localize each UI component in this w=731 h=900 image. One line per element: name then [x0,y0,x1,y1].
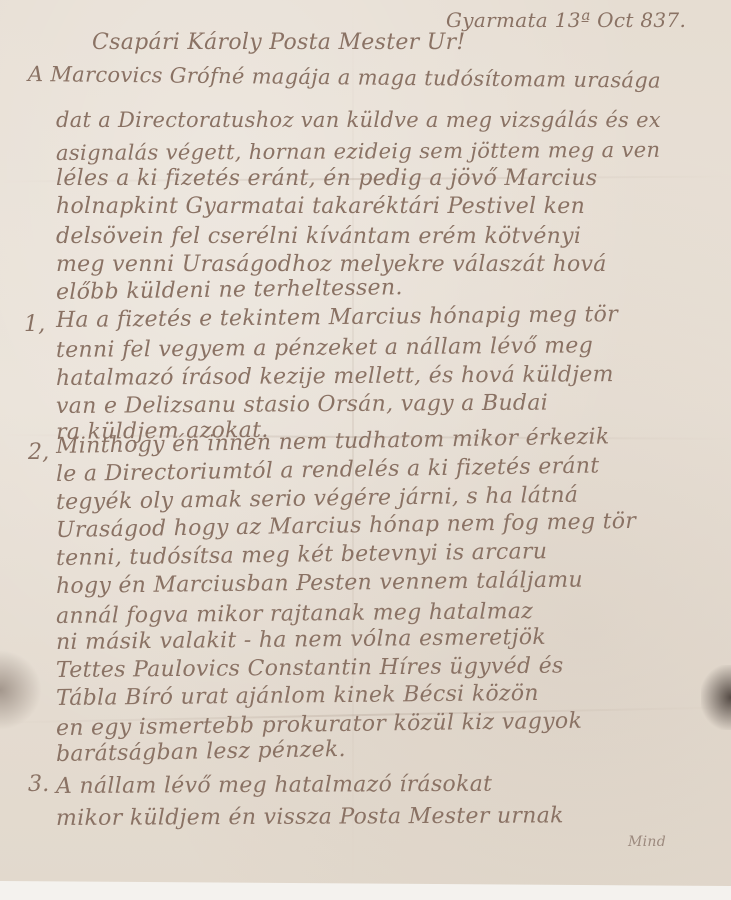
handwritten-line: hatalmazó írásod kezije mellett, és hová… [56,362,614,391]
handwritten-line: holnapkint Gyarmatai takaréktári Pestive… [56,194,585,219]
handwritten-line: en egy ismertebb prokurator közül kiz va… [56,709,582,741]
handwritten-line: Uraságod hogy az Marcius hónap nem fog m… [56,509,637,543]
letter-salutation: Csapári Károly Posta Mester Ur! [92,30,466,55]
handwritten-line: hogy én Marciusban Pesten vennem találja… [56,568,583,599]
handwritten-line: léles a ki fizetés eránt, én pedig a jöv… [56,166,597,191]
handwritten-line: mikor küldjem én vissza Posta Mester urn… [56,803,564,831]
handwritten-line: Ha a fizetés e tekintem Marcius hónapig … [56,302,618,333]
handwritten-line: Tettes Paulovics Constantin Híres ügyvéd… [56,654,564,683]
handwritten-line: tenni, tudósítsa meg két betevnyi is arc… [56,539,548,571]
paper-sheet: Gyarmata 13ª Oct 837. Csapári Károly Pos… [0,0,731,890]
handwritten-line: dat a Directoratushoz van küldve a meg v… [56,108,661,132]
handwritten-line: barátságban lesz pénzek. [56,737,346,767]
edge-stain [701,665,731,730]
handwritten-line: Tábla Bíró urat ajánlom kinek Bécsi közö… [56,681,539,711]
handwritten-line: ni másik valakit - ha nem vólna esmeretj… [56,625,546,655]
handwritten-line: A Marcovics Grófné magája a maga tudósít… [28,62,661,93]
letter-dateline: Gyarmata 13ª Oct 837. [446,8,686,32]
handwritten-line: le a Directoriumtól a rendelés a ki fize… [56,453,600,487]
handwritten-line: A nállam lévő meg hatalmazó írásokat [56,772,492,799]
list-item-number: 3. [28,772,50,797]
edge-stain [0,650,42,730]
handwritten-line: előbb küldeni ne terheltessen. [56,275,403,305]
list-item-number: 2, [28,440,50,465]
scanned-letter-page: Gyarmata 13ª Oct 837. Csapári Károly Pos… [0,0,731,900]
handwritten-line: annál fogva mikor rajtanak meg hatalmaz [56,599,533,629]
handwritten-line: van e Delizsanu stasio Orsán, vagy a Bud… [56,391,548,419]
list-item-number: 1, [24,312,46,337]
handwritten-line: tenni fel vegyem a pénzeket a nállam lév… [56,333,593,363]
handwritten-line: meg venni Uraságodhoz melyekre válaszát … [56,252,607,277]
catchword: Mind [628,834,666,850]
handwritten-line: delsövein fel cserélni kívántam erém köt… [56,224,581,249]
handwritten-line: asignalás végett, hornan ezideig sem jöt… [56,137,660,165]
